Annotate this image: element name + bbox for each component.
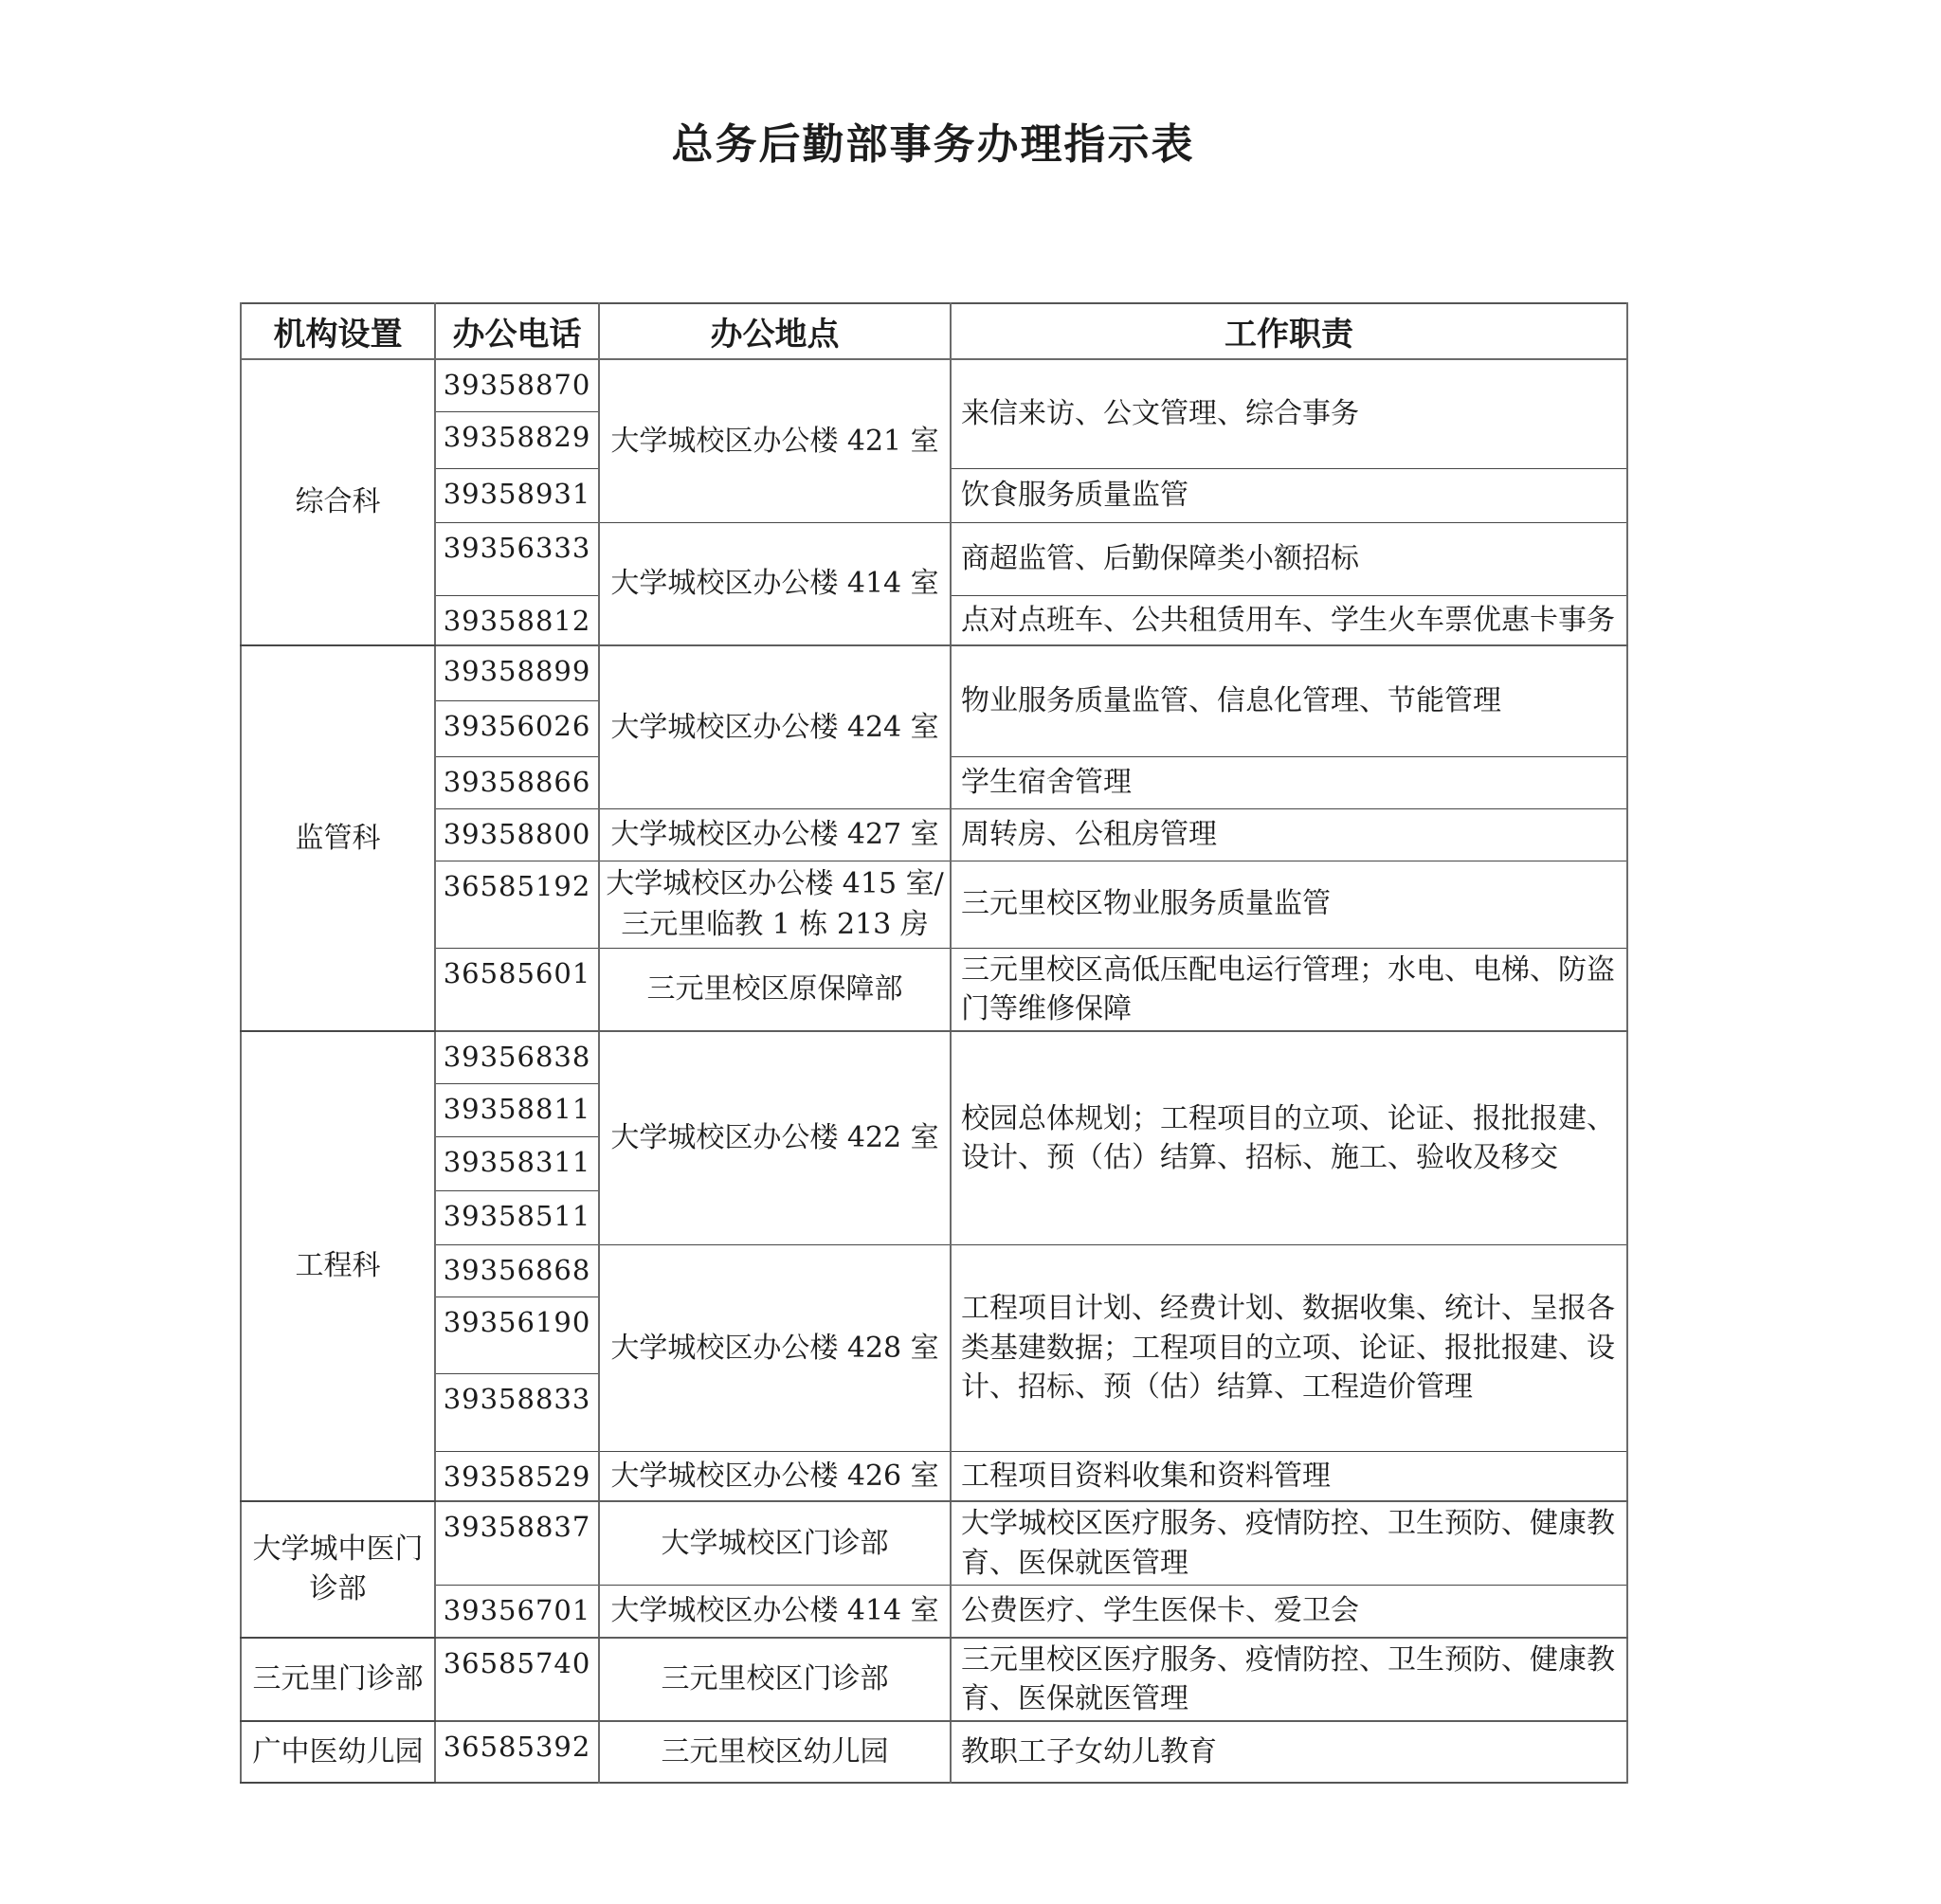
location-cell: 三元里校区幼儿园 (599, 1721, 951, 1783)
phone-cell: 36585392 (435, 1721, 599, 1783)
table-row: 工程科 39356838 大学城校区办公楼 422 室 校园总体规划；工程项目的… (241, 1031, 1627, 1083)
org-cell: 三元里门诊部 (241, 1638, 435, 1722)
location-cell: 大学城校区办公楼 415 室/三元里临教 1 栋 213 房 (599, 861, 951, 948)
phone-cell: 39356868 (435, 1244, 599, 1297)
duty-cell: 三元里校区物业服务质量监管 (951, 861, 1627, 948)
table-row: 39356868 大学城校区办公楼 428 室 工程项目计划、经费计划、数据收集… (241, 1244, 1627, 1297)
duty-cell: 学生宿舍管理 (951, 756, 1627, 808)
table-row: 39356701 大学城校区办公楼 414 室 公费医疗、学生医保卡、爱卫会 (241, 1586, 1627, 1638)
duty-cell: 周转房、公租房管理 (951, 808, 1627, 861)
duty-cell: 三元里校区高低压配电运行管理；水电、电梯、防盗门等维修保障 (951, 948, 1627, 1031)
phone-cell: 39358931 (435, 468, 599, 522)
table-row: 大学城中医门诊部 39358837 大学城校区门诊部 大学城校区医疗服务、疫情防… (241, 1501, 1627, 1585)
table-row: 综合科 39358870 大学城校区办公楼 421 室 来信来访、公文管理、综合… (241, 359, 1627, 411)
table-row: 36585192 大学城校区办公楼 415 室/三元里临教 1 栋 213 房 … (241, 861, 1627, 948)
org-cell: 综合科 (241, 359, 435, 645)
phone-cell: 39358811 (435, 1083, 599, 1136)
phone-cell: 39358311 (435, 1136, 599, 1190)
phone-cell: 39358812 (435, 595, 599, 645)
location-cell: 大学城校区办公楼 414 室 (599, 522, 951, 645)
duty-cell: 工程项目计划、经费计划、数据收集、统计、呈报各类基建数据；工程项目的立项、论证、… (951, 1244, 1627, 1451)
duty-cell: 教职工子女幼儿教育 (951, 1721, 1627, 1783)
duty-cell: 点对点班车、公共租赁用车、学生火车票优惠卡事务 (951, 595, 1627, 645)
duty-cell: 来信来访、公文管理、综合事务 (951, 359, 1627, 468)
phone-cell: 39358511 (435, 1190, 599, 1244)
column-header-location: 办公地点 (599, 303, 951, 359)
table-row: 广中医幼儿园 36585392 三元里校区幼儿园 教职工子女幼儿教育 (241, 1721, 1627, 1783)
phone-cell: 39358899 (435, 645, 599, 700)
org-cell: 监管科 (241, 645, 435, 1031)
location-cell: 大学城校区办公楼 427 室 (599, 808, 951, 861)
location-cell: 大学城校区门诊部 (599, 1501, 951, 1585)
phone-cell: 39358829 (435, 411, 599, 468)
table-header-row: 机构设置 办公电话 办公地点 工作职责 (241, 303, 1627, 359)
phone-cell: 39356701 (435, 1586, 599, 1638)
table-row: 36585601 三元里校区原保障部 三元里校区高低压配电运行管理；水电、电梯、… (241, 948, 1627, 1031)
table-row: 39356333 大学城校区办公楼 414 室 商超监管、后勤保障类小额招标 (241, 522, 1627, 595)
document-title: 总务后勤部事务办理指示表 (240, 110, 1626, 171)
table-row: 39358529 大学城校区办公楼 426 室 工程项目资料收集和资料管理 (241, 1451, 1627, 1501)
table-row: 39358800 大学城校区办公楼 427 室 周转房、公租房管理 (241, 808, 1627, 861)
phone-cell: 39356190 (435, 1297, 599, 1373)
document-page: 总务后勤部事务办理指示表 机构设置 办公电话 办公地点 工作职责 综合科 393… (0, 0, 1941, 1904)
phone-cell: 39358800 (435, 808, 599, 861)
location-cell: 三元里校区门诊部 (599, 1638, 951, 1722)
phone-cell: 36585601 (435, 948, 599, 1031)
phone-cell: 39356838 (435, 1031, 599, 1083)
affairs-table: 机构设置 办公电话 办公地点 工作职责 综合科 39358870 大学城校区办公… (240, 302, 1628, 1784)
phone-cell: 39356026 (435, 700, 599, 756)
phone-cell: 39358866 (435, 756, 599, 808)
location-cell: 大学城校区办公楼 424 室 (599, 645, 951, 808)
org-cell: 大学城中医门诊部 (241, 1501, 435, 1637)
phone-cell: 36585192 (435, 861, 599, 948)
location-cell: 大学城校区办公楼 421 室 (599, 359, 951, 522)
duty-cell: 校园总体规划；工程项目的立项、论证、报批报建、设计、预（估）结算、招标、施工、验… (951, 1031, 1627, 1244)
duty-cell: 工程项目资料收集和资料管理 (951, 1451, 1627, 1501)
duty-cell: 三元里校区医疗服务、疫情防控、卫生预防、健康教育、医保就医管理 (951, 1638, 1627, 1722)
duty-cell: 公费医疗、学生医保卡、爱卫会 (951, 1586, 1627, 1638)
location-cell: 大学城校区办公楼 428 室 (599, 1244, 951, 1451)
duty-cell: 物业服务质量监管、信息化管理、节能管理 (951, 645, 1627, 756)
phone-cell: 39358837 (435, 1501, 599, 1585)
column-header-org: 机构设置 (241, 303, 435, 359)
org-cell: 工程科 (241, 1031, 435, 1501)
duty-cell: 商超监管、后勤保障类小额招标 (951, 522, 1627, 595)
phone-cell: 36585740 (435, 1638, 599, 1722)
location-cell: 三元里校区原保障部 (599, 948, 951, 1031)
location-cell: 大学城校区办公楼 414 室 (599, 1586, 951, 1638)
column-header-phone: 办公电话 (435, 303, 599, 359)
duty-cell: 饮食服务质量监管 (951, 468, 1627, 522)
phone-cell: 39358833 (435, 1373, 599, 1451)
phone-cell: 39356333 (435, 522, 599, 595)
duty-cell: 大学城校区医疗服务、疫情防控、卫生预防、健康教育、医保就医管理 (951, 1501, 1627, 1585)
phone-cell: 39358870 (435, 359, 599, 411)
column-header-duty: 工作职责 (951, 303, 1627, 359)
phone-cell: 39358529 (435, 1451, 599, 1501)
table-row: 监管科 39358899 大学城校区办公楼 424 室 物业服务质量监管、信息化… (241, 645, 1627, 700)
location-cell: 大学城校区办公楼 422 室 (599, 1031, 951, 1244)
org-cell: 广中医幼儿园 (241, 1721, 435, 1783)
table-row: 三元里门诊部 36585740 三元里校区门诊部 三元里校区医疗服务、疫情防控、… (241, 1638, 1627, 1722)
location-cell: 大学城校区办公楼 426 室 (599, 1451, 951, 1501)
